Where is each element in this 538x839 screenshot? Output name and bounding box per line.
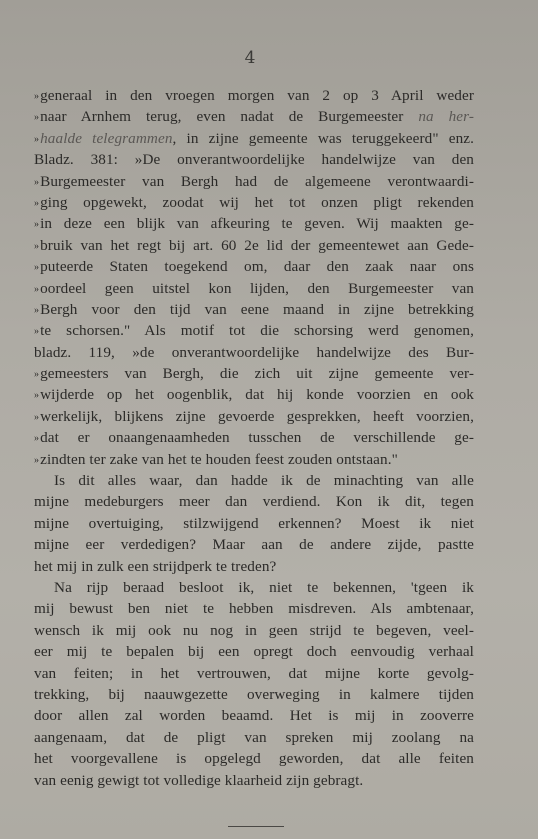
text-line: generaal in den vroegen morgen van 2 op …: [34, 85, 474, 106]
text-line: van eenig gewigt tot volledige klaarheid…: [34, 770, 474, 791]
paragraph-start: Na rijp beraad besloot ik, niet te beken…: [34, 577, 474, 598]
text-line: het voorgevallene is opgelegd geworden, …: [34, 748, 474, 769]
text-line: mijne overtuiging, stilzwijgend erkennen…: [34, 513, 474, 534]
text-line: zindten ter zake van het te houden feest…: [34, 449, 474, 470]
text-line: bruik van het regt bij art. 60 2e lid de…: [34, 235, 474, 256]
text-line: naar Arnhem terug, even nadat de Burgeme…: [34, 106, 474, 127]
text-line: oordeel geen uitstel kon lijden, den Bur…: [34, 278, 474, 299]
text-line: werkelijk, blijkens zijne gevoerde gespr…: [34, 406, 474, 427]
text-line: gemeesters van Bergh, die zich uit zijne…: [34, 363, 474, 384]
document-page: 4 generaal in den vroegen morgen van 2 o…: [0, 0, 538, 839]
text-line: puteerde Staten toegekend om, daar den z…: [34, 256, 474, 277]
italic-text: na her-: [418, 108, 474, 125]
italic-text: haalde telegrammen: [40, 130, 172, 147]
text-line: aangenaam, dat de pligt van spreken mij …: [34, 727, 474, 748]
text-line: mijne eer verdedigen? Maar aan de andere…: [34, 534, 474, 555]
text-line: te schorsen." Als motif tot die schorsin…: [34, 320, 474, 341]
text-line: wijderde op het oogenblik, dat hij konde…: [34, 384, 474, 405]
text-line: Bergh voor den tijd van eene maand in zi…: [34, 299, 474, 320]
page-number: 4: [0, 48, 500, 68]
text-line: eer mij te bepalen bij een opregt doch e…: [34, 641, 474, 662]
text-line: haalde telegrammen, in zijne gemeente wa…: [34, 128, 474, 149]
text-line: door allen zal worden beaamd. Het is mij…: [34, 705, 474, 726]
text-line: Bladz. 381: »De onverantwoordelijke hand…: [34, 149, 474, 170]
body-text: generaal in den vroegen morgen van 2 op …: [34, 85, 474, 791]
text-line: mij bewust ben niet te hebben misdreven.…: [34, 598, 474, 619]
paragraph-start: Is dit alles waar, dan hadde ik de minac…: [34, 470, 474, 491]
text-line: wensch ik mij ook nu nog in geen strijd …: [34, 620, 474, 641]
text-line: mijne medeburgers meer dan verdiend. Kon…: [34, 491, 474, 512]
text-line: dat er onaangenaamheden tusschen de vers…: [34, 427, 474, 448]
text-line: ging opgewekt, zoodat wij het tot onzen …: [34, 192, 474, 213]
text-line: van feiten; in het vertrouwen, dat mijne…: [34, 663, 474, 684]
text-line: Burgemeester van Bergh had de algemeene …: [34, 171, 474, 192]
text-line: bladz. 119, »de onverantwoordelijke hand…: [34, 342, 474, 363]
text-line: het mij in zulk een strijdperk te treden…: [34, 556, 474, 577]
text-line: in deze een blijk van afkeuring te geven…: [34, 213, 474, 234]
text-line: trekking, bij naauwgezette overweging in…: [34, 684, 474, 705]
section-divider: [228, 826, 284, 827]
